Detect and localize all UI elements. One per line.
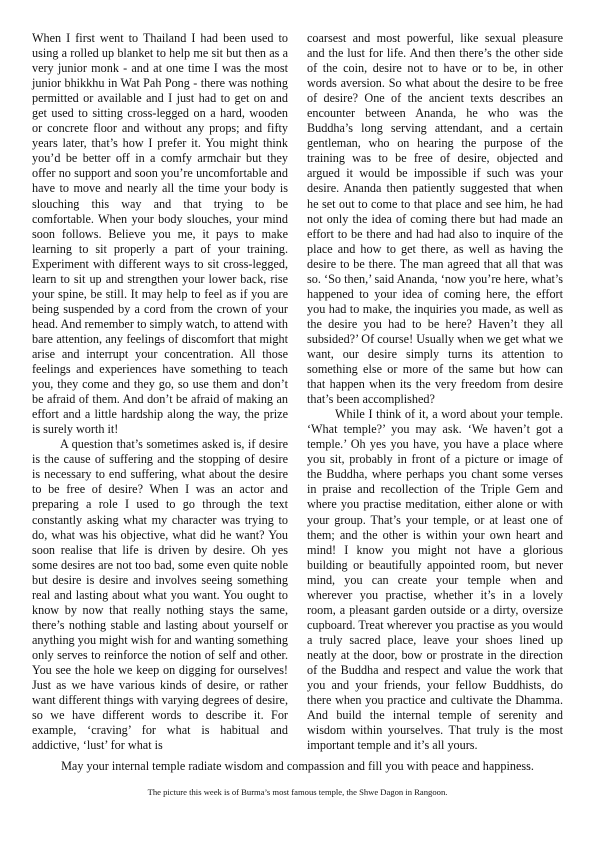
paragraph-ananda-story: coarsest and most powerful, like sexual … xyxy=(307,31,563,407)
document-page: When I first went to Thailand I had been… xyxy=(0,0,595,842)
right-column: coarsest and most powerful, like sexual … xyxy=(307,31,563,753)
paragraph-sitting-posture: When I first went to Thailand I had been… xyxy=(32,31,288,437)
paragraph-desire-question: A question that’s sometimes asked is, if… xyxy=(32,437,288,753)
left-column: When I first went to Thailand I had been… xyxy=(32,31,288,753)
picture-caption: The picture this week is of Burma’s most… xyxy=(0,787,595,798)
paragraph-your-temple: While I think of it, a word about your t… xyxy=(307,407,563,753)
closing-blessing: May your internal temple radiate wisdom … xyxy=(0,759,595,774)
two-column-body: When I first went to Thailand I had been… xyxy=(32,31,563,753)
